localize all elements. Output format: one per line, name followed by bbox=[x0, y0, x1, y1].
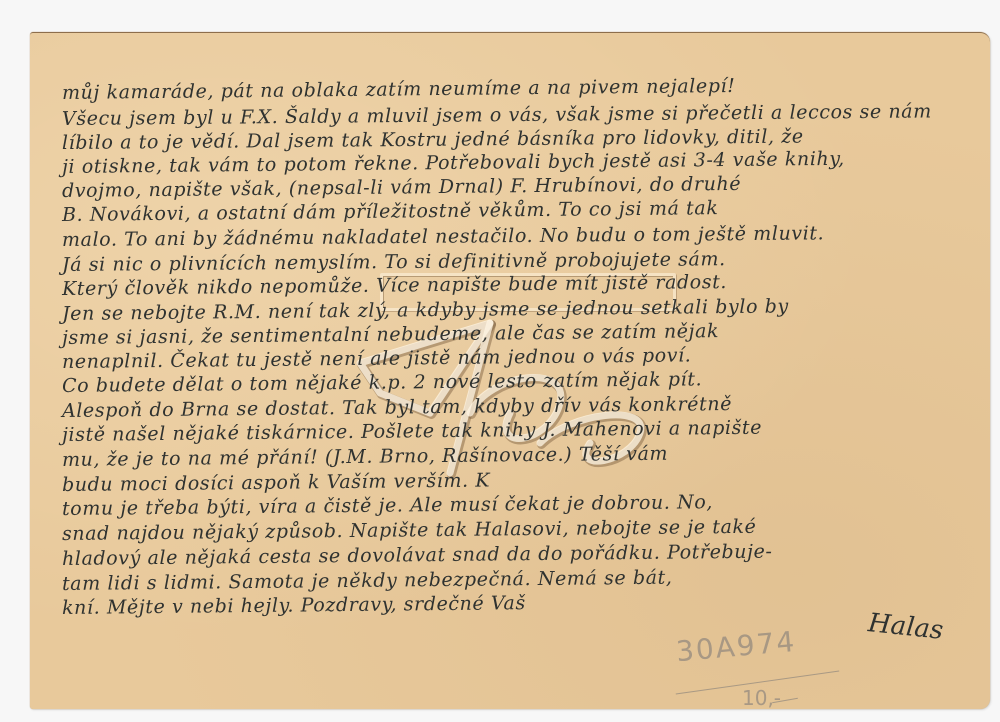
pencil-price: 10,- bbox=[742, 686, 781, 710]
letter-line-17: budu moci dosíci aspoň k Vaším verším. K bbox=[62, 470, 490, 496]
